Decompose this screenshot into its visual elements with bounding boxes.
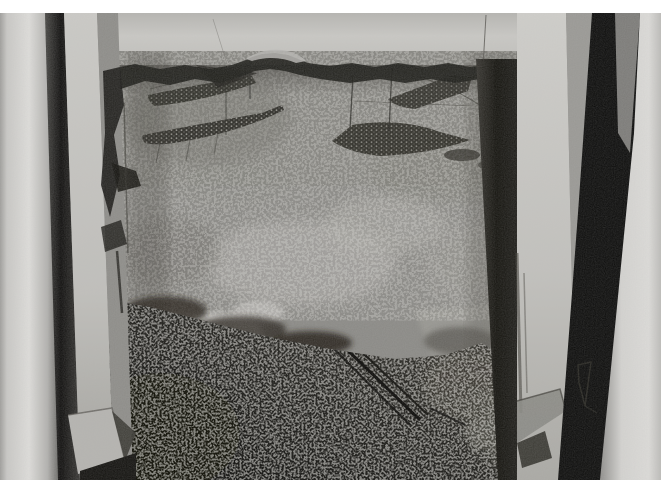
film-grain [0,13,661,480]
photo-canvas [0,13,661,480]
scanned-page [0,0,661,496]
photograph [0,13,661,480]
